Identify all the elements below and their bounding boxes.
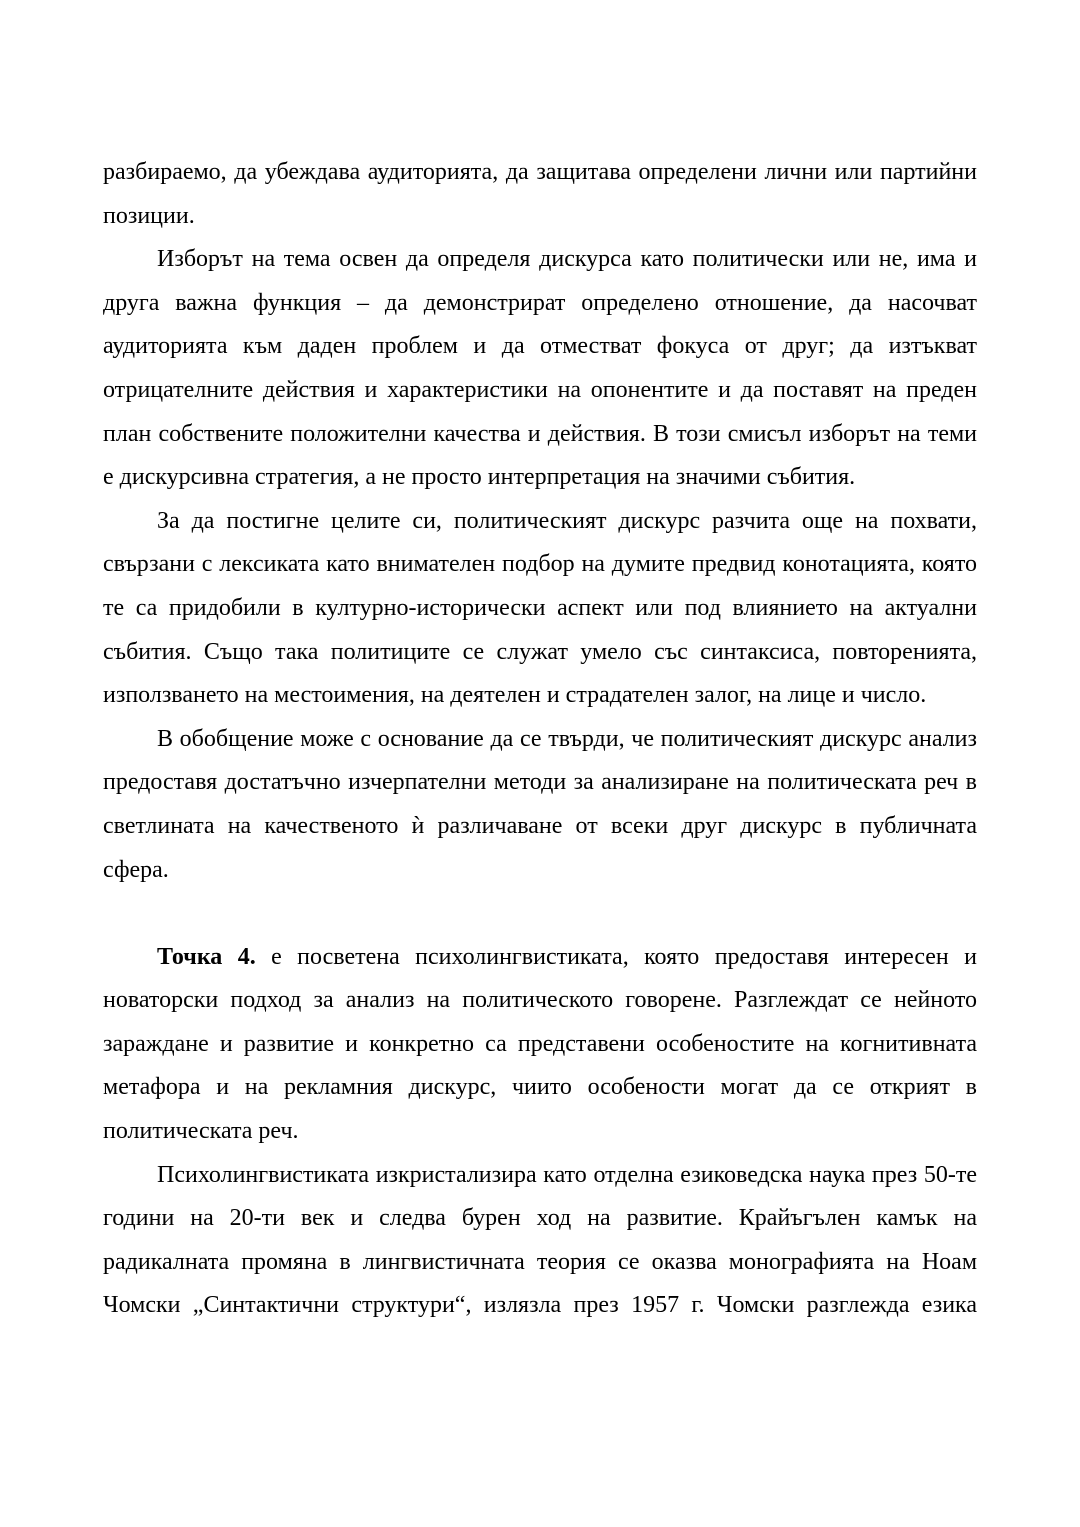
paragraph: За да постигне целите си, политическият …: [103, 500, 977, 718]
paragraph-text: разбираемо, да убеждава аудиторията, да …: [103, 159, 977, 229]
paragraph-text: В обобщение може с основание да се твърд…: [103, 726, 977, 883]
section-label-bold: Точка 4.: [157, 944, 256, 970]
paragraph-text: За да постигне целите си, политическият …: [103, 508, 977, 708]
paragraph-section-4: Точка 4. е посветена психолингвистиката,…: [103, 936, 977, 1154]
paragraph: В обобщение може с основание да се твърд…: [103, 718, 977, 892]
paragraph: Изборът на тема освен да определя дискур…: [103, 238, 977, 500]
paragraph-text: е посветена психолингвистиката, която пр…: [103, 944, 977, 1144]
paragraph-text: Психолингвистиката изкристализира като о…: [103, 1162, 977, 1319]
paragraph-text: Изборът на тема освен да определя дискур…: [103, 246, 977, 490]
paragraph: Психолингвистиката изкристализира като о…: [103, 1154, 977, 1328]
text-block: разбираемо, да убеждава аудиторията, да …: [103, 151, 977, 1328]
paragraph-continuation: разбираемо, да убеждава аудиторията, да …: [103, 151, 977, 238]
paragraph-spacer: [103, 892, 977, 936]
document-page: разбираемо, да убеждава аудиторията, да …: [0, 0, 1080, 1527]
